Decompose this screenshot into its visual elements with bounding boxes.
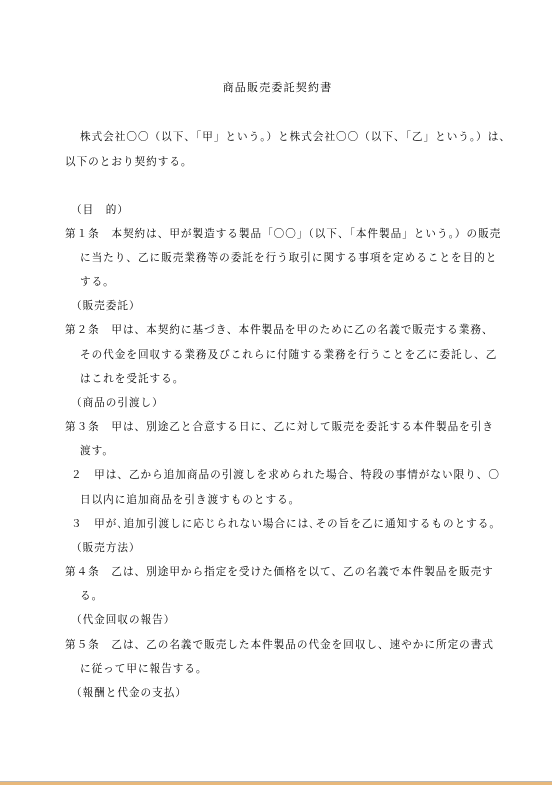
article-line: ２ 甲は、乙から追加商品の引渡しを求められた場合、特段の事情がない限り、〇 — [71, 468, 500, 482]
article-line: に従って甲に報告する。 — [80, 662, 208, 676]
article-line: に当たり、乙に販売業務等の委託を行う取引に関する事項を定めることを目的と — [80, 251, 497, 265]
article-heading: （販売方法） — [71, 541, 141, 555]
article-line: 第２条 甲は、本契約に基づき、本件製品を甲のために乙の名義で販売する業務、 — [65, 323, 494, 337]
article-line: 第４条 乙は、別途甲から指定を受けた価格を以て、乙の名義で本件製品を販売す — [65, 565, 494, 579]
article-heading: （販売委託） — [71, 299, 141, 313]
article-line: ３ 甲が､追加引渡しに応じられない場合には､その旨を乙に通知するものとする。 — [71, 517, 501, 531]
intro-line: 以下のとおり契約する。 — [65, 155, 193, 169]
article-line: る。 — [80, 589, 103, 603]
intro-line: 株式会社〇〇（以下、「甲」という。）と株式会社〇〇（以下、「乙」という。）は、 — [80, 130, 511, 144]
article-line: する。 — [80, 275, 115, 289]
article-line: 第５条 乙は、乙の名義で販売した本件製品の代金を回収し、速やかに所定の書式 — [65, 638, 494, 652]
article-line: 第１条 本契約は、甲が製造する製品「〇〇」（以下、「本件製品」という。）の販売 — [65, 227, 501, 241]
document-title: 商品販売委託契約書 — [0, 80, 552, 96]
article-heading: （商品の引渡し） — [71, 396, 164, 410]
article-heading: （代金回収の報告） — [71, 613, 175, 627]
article-line: その代金を回収する業務及びこれらに付随する業務を行うことを乙に委託し、乙 — [80, 348, 497, 362]
article-line: はこれを受託する。 — [80, 372, 184, 386]
article-line: 渡す。 — [80, 444, 114, 458]
article-line: 日以内に追加商品を引き渡すものとする。 — [80, 493, 300, 507]
document-page: 商品販売委託契約書 株式会社〇〇（以下、「甲」という。）と株式会社〇〇（以下、「… — [0, 0, 552, 781]
article-line: 第３条 甲は、別途乙と合意する日に、乙に対して販売を委託する本件製品を引き — [65, 420, 494, 434]
article-heading: （目 的） — [71, 203, 129, 217]
article-heading: （報酬と代金の支払） — [71, 686, 187, 700]
